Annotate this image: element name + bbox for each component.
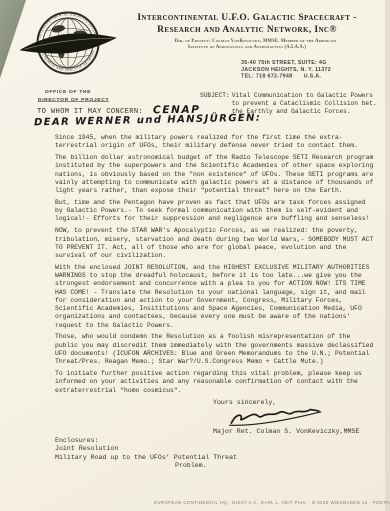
address-tel: TEL: 718 672-7948 (241, 73, 292, 80)
enclosures-block: Enclosures: Joint Resolution Military Ro… (55, 437, 237, 471)
signature-icon (226, 404, 323, 430)
enclosure-item: Problem. (55, 462, 237, 470)
address-city: JACKSON HEIGHTS, N. Y. 11372 (241, 66, 331, 73)
letterhead-org: Intercontinental U.F.O. Galactic Spacecr… (118, 13, 376, 59)
subject-line2: to prevent a Cataclismic Collision bet. (232, 100, 377, 108)
signed-name: Major Ret. Colman S. VonKeviczky,MMSE (213, 428, 359, 436)
paragraph: To initiate further positive action rega… (55, 370, 375, 395)
subject-block: SUBJECT: Vital Communication to Galactic… (200, 92, 388, 115)
footer-text: EUROPEAN CONTINENTAL HQ.: DUIST e.V., KA… (154, 500, 390, 505)
paragraph: But, time and the Pentagon have proven a… (55, 199, 375, 224)
enclosures-label: Enclosures: (55, 437, 237, 445)
scan-right-edge (385, 0, 390, 511)
director-line1: Dir. of Project: Colman VonKeviczky, MMS… (175, 38, 319, 44)
letter-body: Since 1945, when the military powers rea… (55, 134, 375, 398)
director-line2: Institute of Aeronautics and Astronautic… (175, 44, 319, 50)
subject-line1: Vital Communication to Galactic Powers (232, 92, 377, 100)
address-country: U.S.A. (304, 73, 322, 80)
office-caption: OFFICE OF THE DIRECTOR OF PROJECT (38, 88, 98, 103)
paragraph: NOW, to prevent the STAR WAR's Apocalypt… (55, 227, 375, 260)
paragraph: The billion dollar astronomical budget o… (55, 154, 375, 195)
org-name-line2: Research and Analytic Network, Inc® (118, 25, 376, 37)
paragraph: Since 1945, when the military powers rea… (55, 134, 375, 151)
ufo-globe-logo-icon: INTERCONTINENTAL GALACTIC SPACECRAFT RES… (16, 6, 120, 80)
office-caption-line1: OFFICE OF THE (38, 88, 98, 96)
org-name-line1: Intercontinental U.F.O. Galactic Spacecr… (118, 13, 376, 25)
address-street: 35-40 75th STREET, SUITE: 4G (241, 59, 331, 66)
icufon-emblem: INTERCONTINENTAL GALACTIC SPACECRAFT RES… (16, 6, 120, 115)
closing-block: Yours sincerely, Major Ret. Colman S. Vo… (213, 399, 359, 436)
address-block: 35-40 75th STREET, SUITE: 4G JACKSON HEI… (241, 59, 331, 80)
office-caption-line2: DIRECTOR OF PROJECT (38, 96, 98, 104)
enclosure-item: Military Road up to the UFOs' Potential … (55, 454, 237, 462)
scanned-letter-page: INTERCONTINENTAL GALACTIC SPACECRAFT RES… (0, 0, 390, 511)
enclosure-item: Joint Resolution (55, 445, 237, 453)
director-credentials: Dir. of Project: Colman VonKeviczky, MMS… (175, 38, 319, 50)
paragraph: Those, who would condemn the Resolution … (55, 333, 375, 366)
footer-line: EUROPEAN CONTINENTAL HQ.: DUIST e.V., KA… (0, 495, 390, 511)
subject-label: SUBJECT: (200, 92, 230, 115)
paragraph: With the enclosed JOINT RESOLUTION, and … (55, 264, 375, 330)
